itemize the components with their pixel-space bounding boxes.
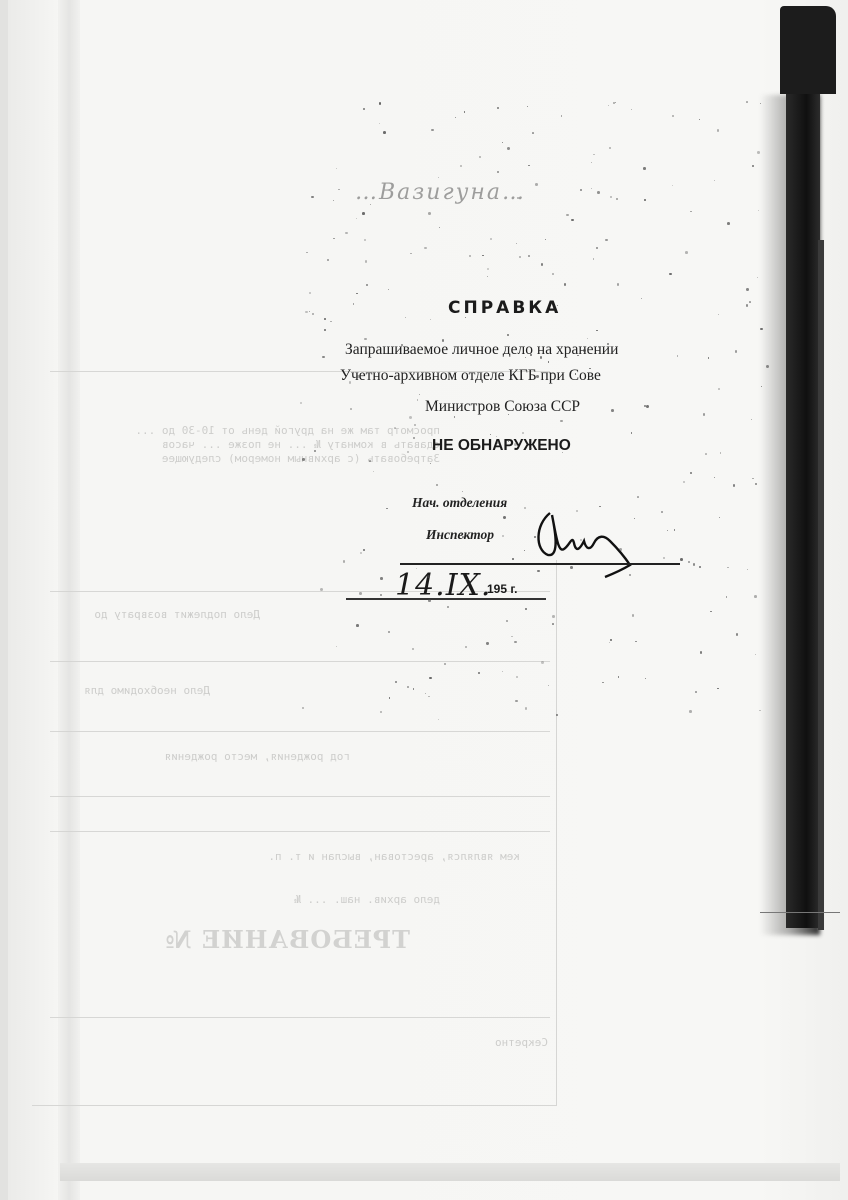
body-line-1: Запрашиваемое личное дело на хранении xyxy=(345,341,618,359)
scan-noise xyxy=(528,255,530,257)
scan-noise xyxy=(479,156,481,158)
scan-noise xyxy=(409,416,412,419)
scan-noise xyxy=(507,147,510,150)
scan-noise xyxy=(417,399,418,400)
ghost-form-title: ТРЕБОВАНИЕ № xyxy=(164,925,410,954)
scan-noise xyxy=(527,106,528,107)
scan-noise xyxy=(552,623,554,625)
scan-noise xyxy=(754,595,757,598)
scan-noise xyxy=(327,259,329,261)
scan-noise xyxy=(507,334,509,336)
binding-strip xyxy=(786,8,820,928)
scan-noise xyxy=(552,273,554,275)
scan-noise xyxy=(562,452,563,453)
scan-noise xyxy=(747,569,748,570)
scan-noise xyxy=(350,408,352,410)
scan-noise xyxy=(736,633,738,635)
scan-noise xyxy=(487,276,488,277)
scan-noise xyxy=(365,260,367,262)
scan-noise xyxy=(755,483,757,485)
scan-noise xyxy=(364,239,366,241)
scan-noise xyxy=(566,214,569,217)
scan-noise xyxy=(733,484,736,487)
date-year: 195 г. xyxy=(487,582,518,596)
ghost-line: Дело необходимо для xyxy=(84,684,210,697)
scan-noise xyxy=(667,530,668,531)
scan-noise xyxy=(359,592,362,595)
scan-noise xyxy=(746,304,748,306)
scan-noise xyxy=(616,198,618,200)
scan-noise xyxy=(364,338,367,341)
scan-noise xyxy=(560,420,563,423)
scan-noise xyxy=(637,496,639,498)
scan-noise xyxy=(444,663,446,665)
scan-noise xyxy=(502,535,505,538)
scan-noise xyxy=(302,458,305,461)
body-line-2: Учетно-архивном отделе КГБ при Сове xyxy=(340,367,601,385)
scan-noise xyxy=(428,212,431,215)
scan-noise xyxy=(746,101,748,103)
ghost-line: Дело подлежит возврату до xyxy=(94,608,260,621)
scan-noise xyxy=(705,453,707,455)
scan-noise xyxy=(380,594,382,596)
scan-noise xyxy=(583,349,586,352)
scan-noise xyxy=(512,558,514,560)
ghost-line: сдавать в комнату № ... не позже ... час… xyxy=(162,438,440,451)
status-stamp: НЕ ОБНАРУЖЕНО xyxy=(432,437,571,455)
scan-noise xyxy=(646,405,649,408)
binding-edge xyxy=(818,240,824,930)
scan-noise xyxy=(746,288,749,291)
scan-noise xyxy=(525,357,526,358)
scan-noise xyxy=(643,167,646,170)
scan-noise xyxy=(751,419,752,420)
scan-noise xyxy=(597,191,600,194)
scan-noise xyxy=(703,413,706,416)
scan-noise xyxy=(613,102,615,104)
scan-noise xyxy=(428,599,431,602)
scan-noise xyxy=(394,427,396,429)
handwritten-date: 14.IX. xyxy=(395,568,491,603)
scan-noise xyxy=(608,105,609,106)
document-title: СПРАВКА xyxy=(448,298,561,318)
scan-noise xyxy=(669,273,671,275)
scan-noise xyxy=(407,451,409,453)
scan-noise xyxy=(571,219,573,221)
binding-clip xyxy=(780,6,836,94)
scan-noise xyxy=(576,510,578,512)
scan-noise xyxy=(530,448,531,449)
inspector-label: Инспектор xyxy=(426,527,494,543)
scan-noise xyxy=(362,212,365,215)
scan-noise xyxy=(330,321,331,322)
scan-noise xyxy=(438,177,439,178)
scan-noise xyxy=(383,131,386,134)
scan-noise xyxy=(356,624,359,627)
page-bottom-edge xyxy=(60,1163,840,1181)
scan-noise xyxy=(760,328,762,330)
scan-noise xyxy=(695,691,697,693)
scan-noise xyxy=(395,681,397,683)
scan-noise xyxy=(524,507,526,509)
scan-noise xyxy=(311,196,313,198)
scan-noise xyxy=(645,678,646,679)
head-of-department-label: Нач. отделения xyxy=(412,495,507,511)
body-line-3: Министров Союза ССР xyxy=(425,398,580,416)
scan-noise xyxy=(536,375,539,378)
scan-noise xyxy=(672,185,673,186)
page-edge xyxy=(0,0,8,1200)
scan-noise xyxy=(302,707,304,709)
signature xyxy=(530,505,640,580)
scan-noise xyxy=(700,651,703,654)
scan-noise xyxy=(353,303,354,304)
scan-noise xyxy=(514,641,516,643)
page-edge-line xyxy=(760,912,840,913)
ghost-line: просмотр там же на другой день от 10-30 … xyxy=(135,424,440,437)
scan-noise xyxy=(464,111,466,113)
scan-noise xyxy=(683,481,685,483)
scan-noise xyxy=(388,289,389,290)
scan-noise xyxy=(727,222,730,225)
scan-noise xyxy=(535,183,538,186)
scan-noise xyxy=(333,238,334,239)
scan-noise xyxy=(735,350,738,353)
ghost-line: кем являлся, арестован, выслан и т. п. xyxy=(268,850,520,863)
scan-noise xyxy=(407,686,409,688)
scan-noise xyxy=(506,620,508,622)
scan-noise xyxy=(717,129,719,131)
scan-noise xyxy=(380,577,383,580)
scan-noise xyxy=(610,639,611,640)
scan-noise xyxy=(380,711,382,713)
signature-line xyxy=(400,563,680,565)
scan-noise xyxy=(469,255,470,256)
scan-noise xyxy=(757,151,760,154)
scan-noise xyxy=(322,356,324,358)
scan-noise xyxy=(690,472,691,473)
scan-noise xyxy=(427,575,430,578)
scan-noise xyxy=(486,642,488,644)
scan-noise xyxy=(718,314,719,315)
scan-noise xyxy=(386,508,387,509)
scan-noise xyxy=(388,631,390,633)
ghost-line: дело архив. наш. ... № xyxy=(294,893,440,906)
scan-noise xyxy=(552,615,555,618)
ghost-line: Секретно xyxy=(495,1036,548,1049)
ghost-line: Затребовать (с архивным номером) следующ… xyxy=(162,452,440,465)
ghost-line: год рождения, место рождения xyxy=(165,750,350,763)
scan-noise xyxy=(389,697,390,698)
scan-noise xyxy=(693,563,695,565)
scan-noise xyxy=(324,318,326,320)
handwritten-note-top: …Вазигуна… xyxy=(355,180,526,205)
scan-noise xyxy=(349,381,352,384)
scan-noise xyxy=(300,402,302,404)
show-through-form: Затребовать (с архивным номером) следующ… xyxy=(40,340,560,1110)
scan-noise xyxy=(503,516,506,519)
scan-noise xyxy=(766,365,769,368)
scan-noise xyxy=(629,574,631,576)
scan-noise xyxy=(689,710,692,713)
scan-noise xyxy=(424,247,426,249)
scan-noise xyxy=(718,388,720,390)
scan-noise xyxy=(644,199,645,200)
scan-noise xyxy=(726,596,727,597)
scan-noise xyxy=(530,354,532,356)
scan-noise xyxy=(379,102,382,105)
scan-noise xyxy=(414,424,416,426)
scan-noise xyxy=(610,196,612,198)
scan-noise xyxy=(634,518,635,519)
scan-noise xyxy=(429,677,431,679)
scan-noise xyxy=(699,566,701,568)
scan-noise xyxy=(532,132,534,134)
